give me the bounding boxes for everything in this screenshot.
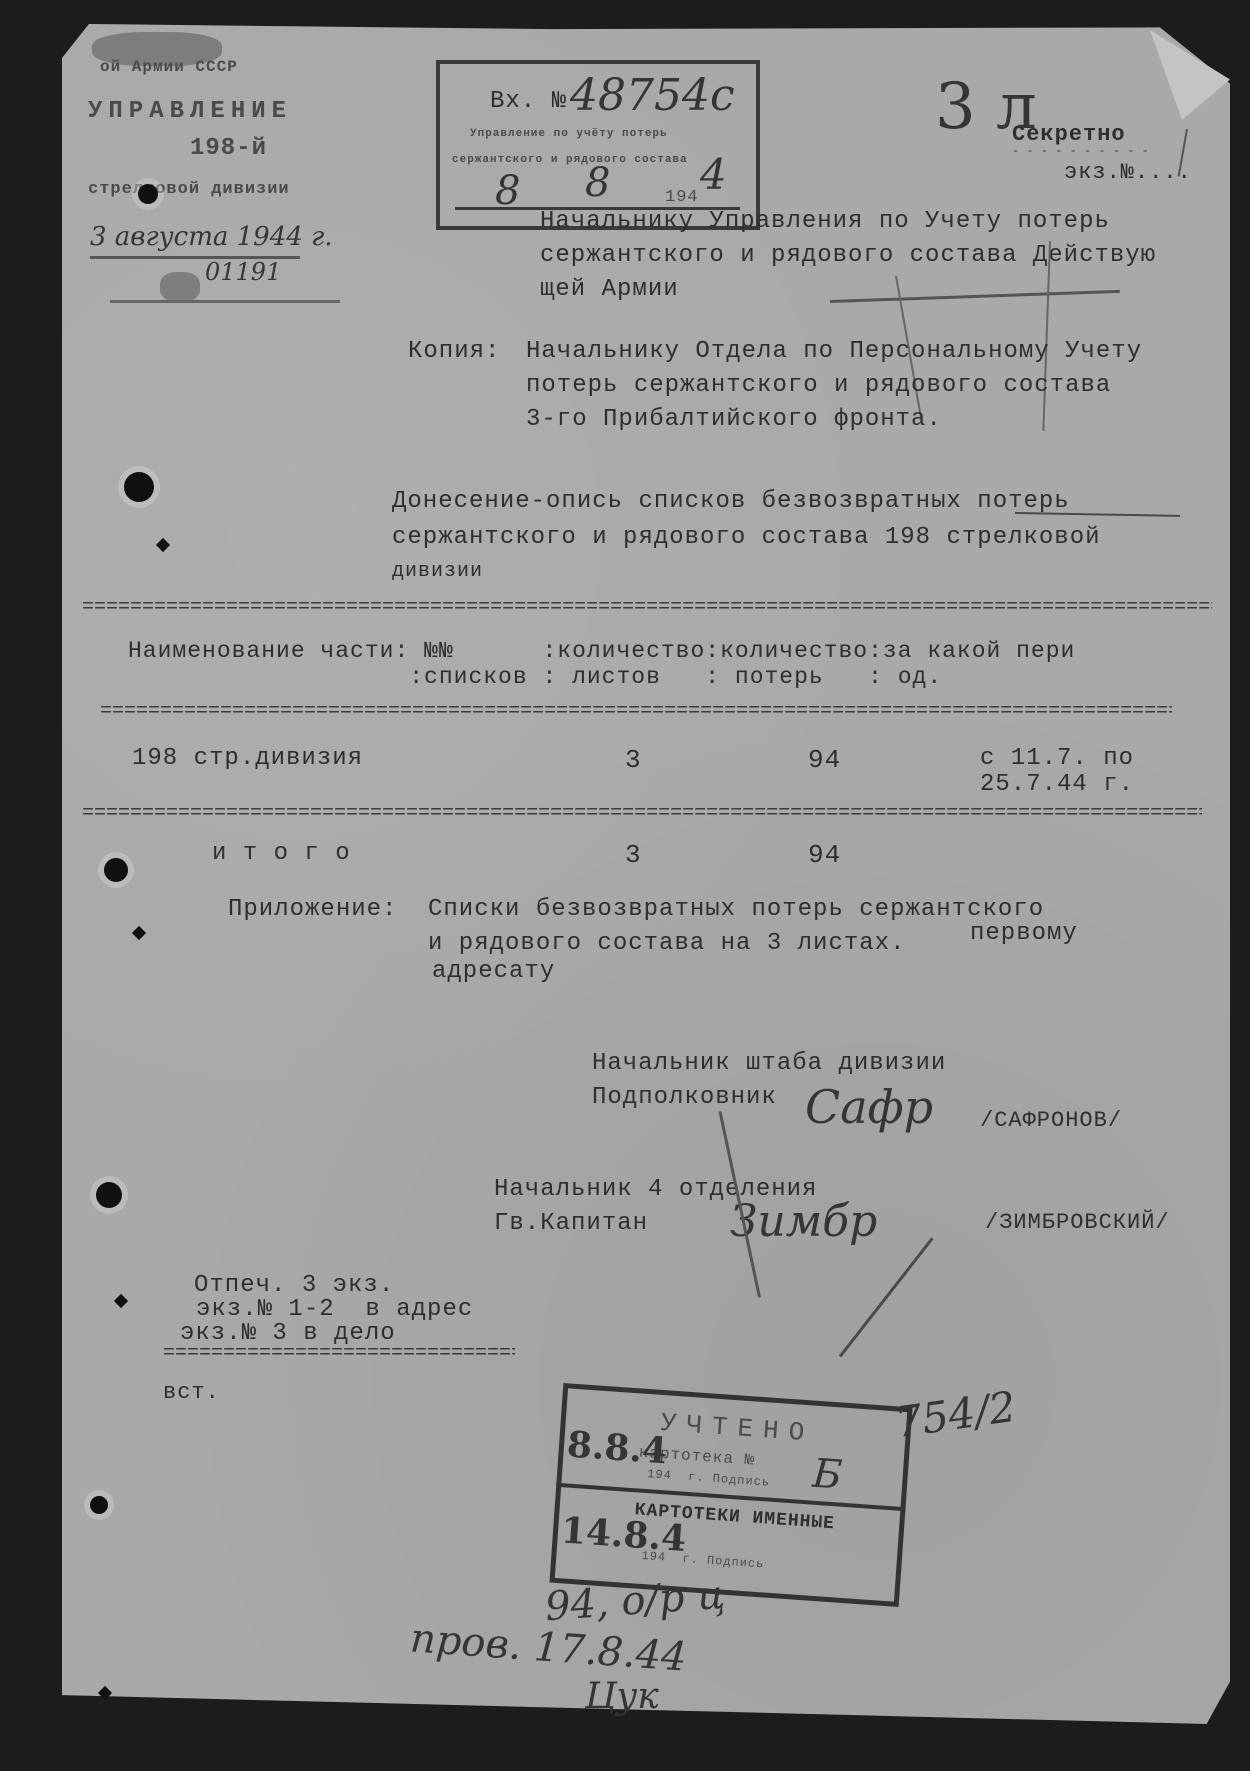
signature1-name: /САФРОНОВ/ — [980, 1108, 1122, 1133]
punch-hole — [90, 1496, 108, 1514]
addressee-line1: Начальнику Управления по Учету потерь — [540, 208, 1110, 235]
signature2-rank: Гв.Капитан — [494, 1210, 648, 1237]
attachment-note-line1: первому — [970, 920, 1078, 947]
incoming-stamp-year-prefix: 194 — [665, 188, 699, 207]
total-label: и т о г о — [212, 840, 351, 867]
corner-stamp-line4: стрелковой дивизии — [88, 180, 290, 199]
distribution-rule: ================================== — [163, 1342, 515, 1365]
signature2-name: /ЗИМБРОВСКИЙ/ — [985, 1210, 1170, 1235]
copy-to-line1: Начальнику Отдела по Персональному Учету — [526, 338, 1142, 365]
corner-stamp-line3: 198-й — [190, 135, 267, 162]
accounting-stamp-date1: 8.8.4 — [566, 1423, 669, 1472]
table-rule-total: ========================================… — [82, 802, 1202, 825]
table-header-row1: Наименование части: №№ :количество:колич… — [128, 638, 1075, 664]
incoming-stamp-year-suffix: 4 — [700, 150, 727, 199]
table-header-row2: :списков : листов : потерь : од. — [128, 664, 942, 690]
row-sheets: 3 — [625, 745, 642, 775]
incoming-stamp-number: 48754с — [570, 70, 735, 121]
incoming-stamp-org1: Управление по учёту потерь — [470, 128, 668, 140]
accounting-stamp: УЧТЕНО картотека № 194 г. Подпись КАРТОТ… — [549, 1383, 912, 1607]
distribution-line2: экз.№ 1-2 в адрес — [196, 1296, 473, 1323]
row-period-line2: 25.7.44 г. — [980, 771, 1134, 798]
attachment-note-line2: адресату — [432, 958, 555, 985]
row-losses: 94 — [808, 745, 841, 775]
title-line2: сержантского и рядового состава 198 стре… — [392, 524, 1101, 551]
attachment-label: Приложение: — [228, 896, 397, 923]
row-period-line1: с 11.7. по — [980, 745, 1134, 772]
table-rule-header: ========================================… — [100, 700, 1172, 723]
corner-stamp-number: 01191 — [205, 258, 281, 286]
punch-hole — [138, 184, 158, 204]
row-unit: 198 стр.дивизия — [132, 745, 363, 772]
punch-hole — [124, 472, 154, 502]
handwritten-initials: Цук — [585, 1676, 659, 1717]
signature1-title: Начальник штаба дивизии — [592, 1050, 946, 1077]
table-rule-top: ========================================… — [82, 596, 1212, 619]
typist-mark: вст. — [163, 1380, 220, 1405]
copy-to-label: Копия: — [408, 338, 500, 365]
attachment-line2: и рядового состава на 3 листах. — [428, 930, 905, 957]
title-line3: дивизии — [392, 560, 483, 583]
signature1-handwritten: Сафр — [805, 1080, 933, 1134]
corner-stamp-date: 3 августа 1944 г. — [90, 222, 332, 252]
total-sheets: 3 — [625, 840, 642, 870]
punch-hole — [104, 858, 128, 882]
distribution-line1: Отпеч. 3 экз. — [194, 1272, 394, 1299]
corner-stamp-line2: УПРАВЛЕНИЕ — [88, 98, 292, 125]
incoming-stamp-org2: сержантского и рядового состава — [452, 154, 688, 166]
signature2-handwritten: Зимбр — [730, 1196, 877, 1247]
corner-stamp-line1: ой Армии СССР — [100, 58, 238, 76]
attachment-line1: Списки безвозвратных потерь сержантского — [428, 896, 1044, 923]
signature1-rank: Подполковник — [592, 1084, 777, 1111]
addressee-line2: сержантского и рядового состава Действую — [540, 242, 1156, 269]
accounting-stamp-date2: 14.8.4 — [560, 1509, 688, 1560]
addressee-line3: щей Армии — [540, 276, 679, 303]
punch-hole — [96, 1182, 122, 1208]
copy-to-line3: 3-го Прибалтийского фронта. — [526, 406, 942, 433]
copy-number: экз.№.... — [1064, 160, 1192, 185]
incoming-stamp-label: Вх. № — [490, 88, 567, 115]
title-line1: Донесение-опись списков безвозвратных по… — [392, 488, 1070, 515]
incoming-stamp-month: 8 — [585, 160, 610, 206]
copy-to-line2: потерь сержантского и рядового состава — [526, 372, 1111, 399]
total-losses: 94 — [808, 840, 841, 870]
